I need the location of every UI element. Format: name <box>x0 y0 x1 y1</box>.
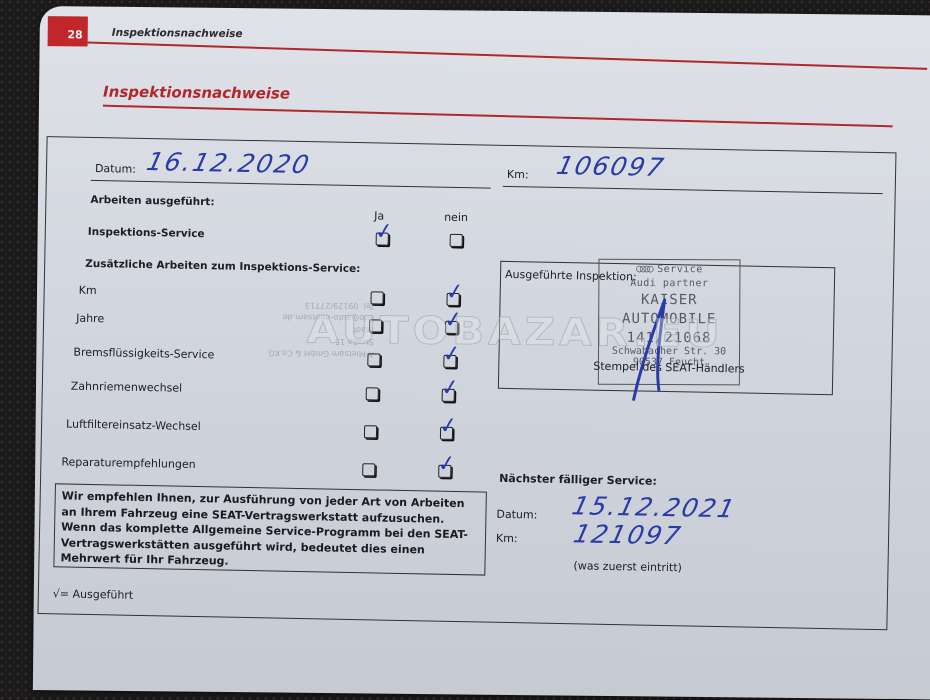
service-booklet-page: 28 Inspektionsnachweise Inspektionsnachw… <box>33 6 930 699</box>
additional-work-ja-checkbox[interactable] <box>367 353 380 366</box>
next-service-date-label: Datum: <box>496 508 537 522</box>
page-number-tab: 28 <box>48 16 88 46</box>
additional-work-nein-checkbox[interactable]: ✓ <box>445 321 458 334</box>
checkmark-icon: ✓ <box>441 341 462 368</box>
audi-rings-icon: ○○○○ <box>636 263 651 274</box>
inspection-service-label: Inspektions-Service <box>88 226 205 240</box>
checkmark-icon: ✓ <box>373 219 394 246</box>
additional-work-label: Zahnriemenwechsel <box>71 380 183 395</box>
additional-work-ja-checkbox[interactable] <box>369 319 382 332</box>
title-rule <box>103 105 893 127</box>
additional-work-nein-checkbox[interactable]: ✓ <box>442 389 455 402</box>
legend-text: √= Ausgeführt <box>53 587 134 602</box>
checkmark-icon: ✓ <box>438 413 459 440</box>
next-service-note: (was zuerst eintritt) <box>573 559 682 574</box>
additional-work-heading: Zusätzliche Arbeiten zum Inspektions-Ser… <box>85 258 360 275</box>
date-value[interactable]: 16.12.2020 <box>144 147 314 179</box>
checkmark-icon: ✓ <box>443 307 464 334</box>
recommendation-notice: Wir empfehlen Ihnen, zur Ausführung von … <box>53 483 487 575</box>
page-number: 28 <box>67 28 82 41</box>
signature-stroke-icon <box>629 294 671 405</box>
page-title: Inspektionsnachweise <box>103 83 290 103</box>
additional-work-nein-checkbox[interactable]: ✓ <box>438 465 451 478</box>
stamp-service-text: Service <box>657 264 703 275</box>
inspection-stamp-box: Ausgeführte Inspektion: ○○○○ Service Aud… <box>498 261 835 395</box>
additional-work-label: Luftfiltereinsatz-Wechsel <box>66 418 201 434</box>
stamp-partner-text: partner <box>663 278 709 289</box>
inspection-service-ja-checkbox[interactable]: ✓ <box>376 232 389 245</box>
checkmark-icon: ✓ <box>444 279 465 306</box>
additional-work-label: Km <box>79 284 97 297</box>
checkmark-icon: ✓ <box>436 451 457 478</box>
date-underline <box>91 180 491 189</box>
inspection-service-nein-checkbox[interactable] <box>450 234 463 247</box>
column-ja: Ja <box>374 209 384 222</box>
next-service-date-value[interactable]: 15.12.2021 <box>569 491 739 523</box>
column-nein: nein <box>444 211 468 224</box>
additional-work-ja-checkbox[interactable] <box>362 463 375 476</box>
additional-work-label: Jahre <box>76 312 104 326</box>
stamp-brand: Audi <box>630 278 656 289</box>
km-label: Km: <box>507 168 529 181</box>
additional-work-label: Bremsflüssigkeits-Service <box>73 346 214 362</box>
work-done-heading: Arbeiten ausgeführt: <box>90 194 214 208</box>
additional-work-ja-checkbox[interactable] <box>370 291 383 304</box>
running-head: Inspektionsnachweise <box>112 27 243 40</box>
next-service-heading: Nächster fälliger Service: <box>499 472 657 488</box>
header-rule <box>88 42 928 70</box>
km-value[interactable]: 106097 <box>554 151 668 182</box>
additional-work-nein-checkbox[interactable]: ✓ <box>440 427 453 440</box>
additional-work-label: Reparaturempfehlungen <box>61 455 196 471</box>
inspection-form: Datum: 16.12.2020 Km: 106097 Arbeiten au… <box>37 136 896 630</box>
additional-work-ja-checkbox[interactable] <box>366 387 379 400</box>
additional-work-ja-checkbox[interactable] <box>364 425 377 438</box>
next-service-km-label: Km: <box>496 532 518 545</box>
additional-work-nein-checkbox[interactable]: ✓ <box>446 293 459 306</box>
date-label: Datum: <box>95 162 136 176</box>
additional-work-nein-checkbox[interactable]: ✓ <box>443 355 456 368</box>
checkmark-icon: ✓ <box>439 375 460 402</box>
km-underline <box>503 186 883 194</box>
next-service-km-value[interactable]: 121097 <box>571 519 685 550</box>
